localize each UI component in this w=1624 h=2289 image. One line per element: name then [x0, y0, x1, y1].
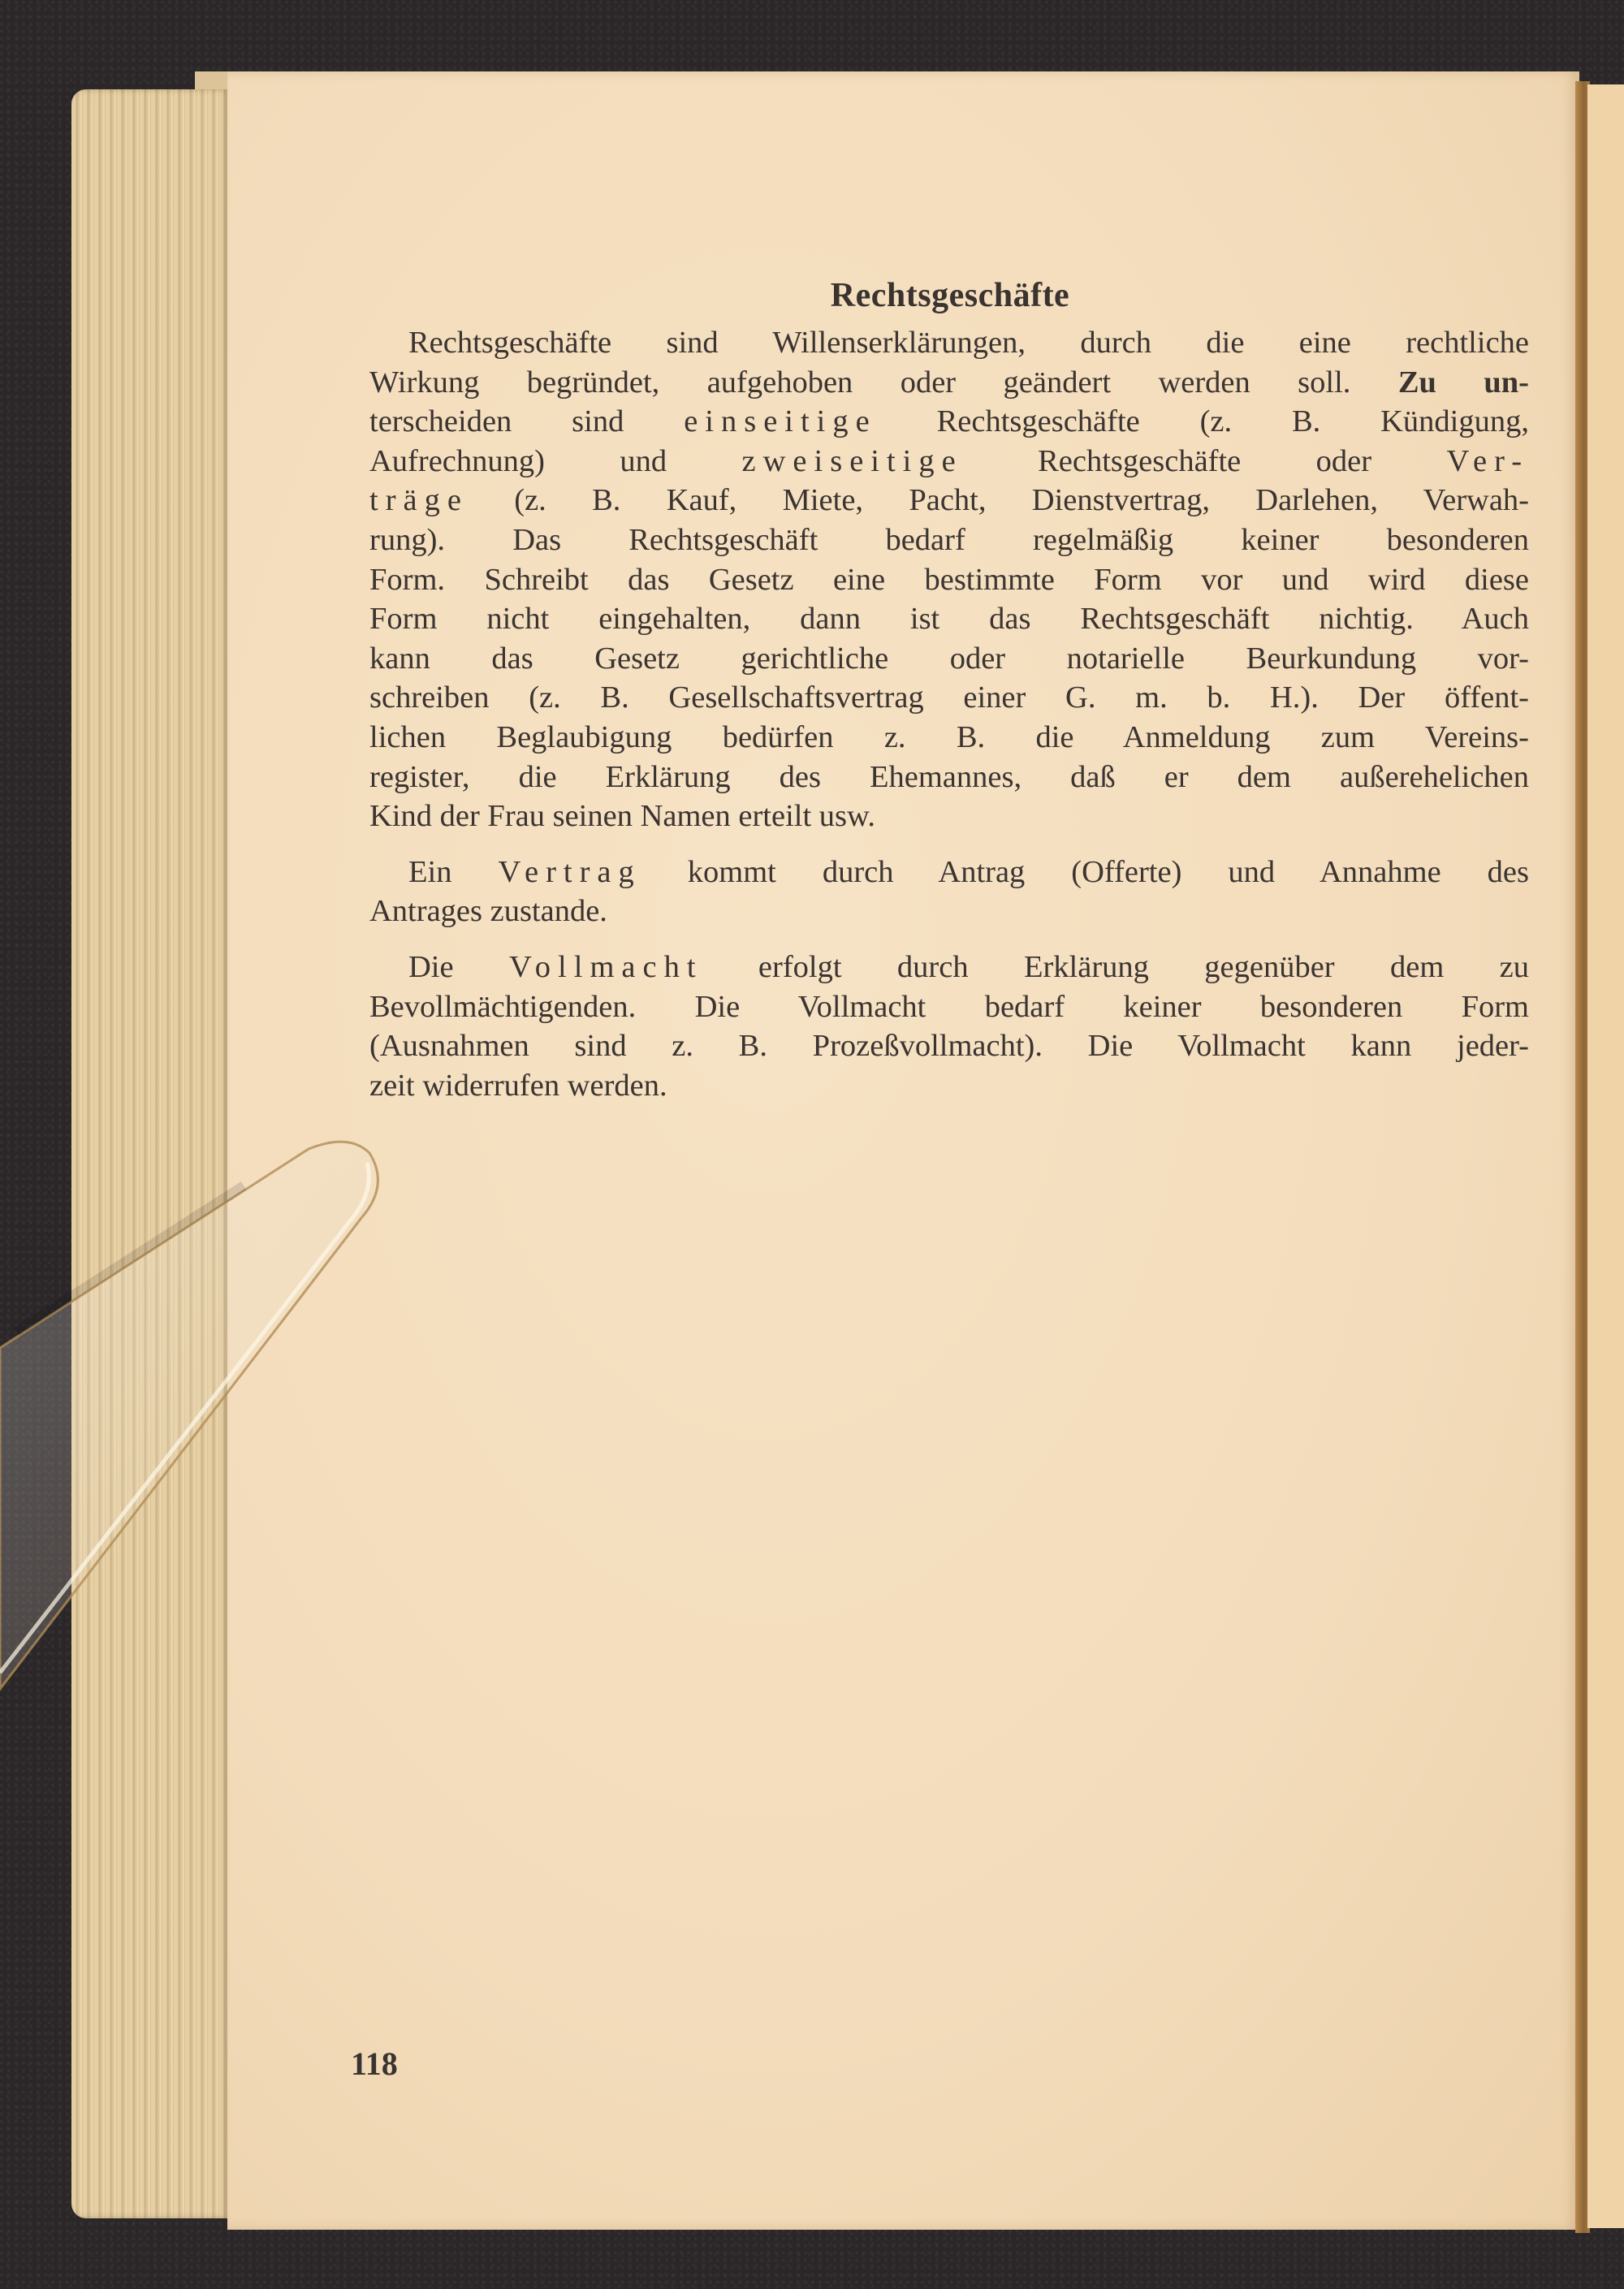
text-segment: Form. Schreibt das Gesetz eine bestimmte…	[369, 563, 1529, 597]
text-segment: zeit widerrufen werden.	[369, 1069, 667, 1103]
text-segment: Rechtsgeschäfte (z. B. Kündigung,	[877, 404, 1529, 438]
text-segment: Bevollmächtigenden. Die Vollmacht bedarf…	[369, 990, 1529, 1024]
text-line: Form. Schreibt das Gesetz eine bestimmte…	[369, 560, 1529, 600]
text-line: register, die Erklärung des Ehemannes, d…	[369, 758, 1529, 797]
text-line: Kind der Frau seinen Namen erteilt usw.	[369, 797, 1529, 836]
text-segment: erfolgt durch Erklärung gegenüber dem zu	[703, 950, 1529, 984]
emphasized-term: Ver-	[1447, 444, 1530, 478]
text-line: Ein Vertrag kommt durch Antrag (Offerte)…	[369, 853, 1529, 892]
text-line: zeit widerrufen werden.	[369, 1066, 1529, 1106]
page-number: 118	[351, 2045, 398, 2083]
text-segment: terscheiden sind	[369, 404, 684, 438]
text-line: Form nicht eingehalten, dann ist das Rec…	[369, 599, 1529, 639]
page-title: Rechtsgeschäfte	[227, 276, 1624, 315]
text-segment: kommt durch Antrag (Offerte) und Annahme…	[641, 855, 1529, 889]
text-line: Aufrechnung) und zweiseitige Rechtsgesch…	[369, 442, 1529, 482]
emphasized-term: zweiseitige	[742, 444, 963, 478]
text-segment: lichen Beglaubigung bedürfen z. B. die A…	[369, 720, 1529, 754]
text-line: terscheiden sind einseitige Rechtsgeschä…	[369, 402, 1529, 442]
book-page-stack-edge	[71, 89, 231, 2218]
text-line: schreiben (z. B. Gesellschaftsvertrag ei…	[369, 678, 1529, 718]
text-line: kann das Gesetz gerichtliche oder notari…	[369, 639, 1529, 679]
body-text: Rechtsgeschäfte sind Willenserklärungen,…	[369, 323, 1529, 1105]
text-segment: (Ausnahmen sind z. B. Prozeßvollmacht). …	[369, 1029, 1529, 1063]
text-segment: Rechtsgeschäfte sind Willenserklärungen,…	[408, 326, 1529, 360]
text-segment: Wirkung begründet, aufgehoben oder geänd…	[369, 365, 1398, 399]
text-segment: Aufrechnung) und	[369, 444, 742, 478]
text-line: Bevollmächtigenden. Die Vollmacht bedarf…	[369, 987, 1529, 1027]
paragraph: Die Vollmacht erfolgt durch Erklärung ge…	[369, 948, 1529, 1105]
text-segment: Kind der Frau seinen Namen erteilt usw.	[369, 799, 875, 833]
text-segment: schreiben (z. B. Gesellschaftsvertrag ei…	[369, 680, 1529, 715]
paragraph: Ein Vertrag kommt durch Antrag (Offerte)…	[369, 853, 1529, 931]
emphasized-term: Vertrag	[498, 855, 641, 889]
text-segment: Die	[408, 950, 509, 984]
text-segment: Form nicht eingehalten, dann ist das Rec…	[369, 602, 1529, 636]
paragraph: Rechtsgeschäfte sind Willenserklärungen,…	[369, 323, 1529, 836]
text-line: Die Vollmacht erfolgt durch Erklärung ge…	[369, 948, 1529, 987]
text-line: (Ausnahmen sind z. B. Prozeßvollmacht). …	[369, 1026, 1529, 1066]
text-line: Wirkung begründet, aufgehoben oder geänd…	[369, 363, 1529, 403]
text-segment: Rechtsgeschäfte oder	[963, 444, 1447, 478]
text-line: Rechtsgeschäfte sind Willenserklärungen,…	[369, 323, 1529, 363]
text-segment: Ein	[408, 855, 498, 889]
text-segment: (z. B. Kauf, Miete, Pacht, Dienstvertrag…	[469, 483, 1529, 517]
next-page-edge	[1587, 84, 1624, 2228]
text-segment: Antrages zustande.	[369, 894, 607, 928]
text-segment: Zu un-	[1398, 365, 1529, 399]
text-line: träge (z. B. Kauf, Miete, Pacht, Dienstv…	[369, 481, 1529, 520]
emphasized-term: einseitige	[684, 404, 877, 438]
emphasized-term: Vollmacht	[509, 950, 703, 984]
text-line: lichen Beglaubigung bedürfen z. B. die A…	[369, 718, 1529, 758]
text-line: rung). Das Rechtsgeschäft bedarf regelmä…	[369, 520, 1529, 560]
text-segment: kann das Gesetz gerichtliche oder notari…	[369, 641, 1529, 676]
text-line: Antrages zustande.	[369, 892, 1529, 931]
text-segment: rung). Das Rechtsgeschäft bedarf regelmä…	[369, 523, 1529, 557]
text-segment: register, die Erklärung des Ehemannes, d…	[369, 760, 1529, 794]
emphasized-term: träge	[369, 483, 469, 517]
